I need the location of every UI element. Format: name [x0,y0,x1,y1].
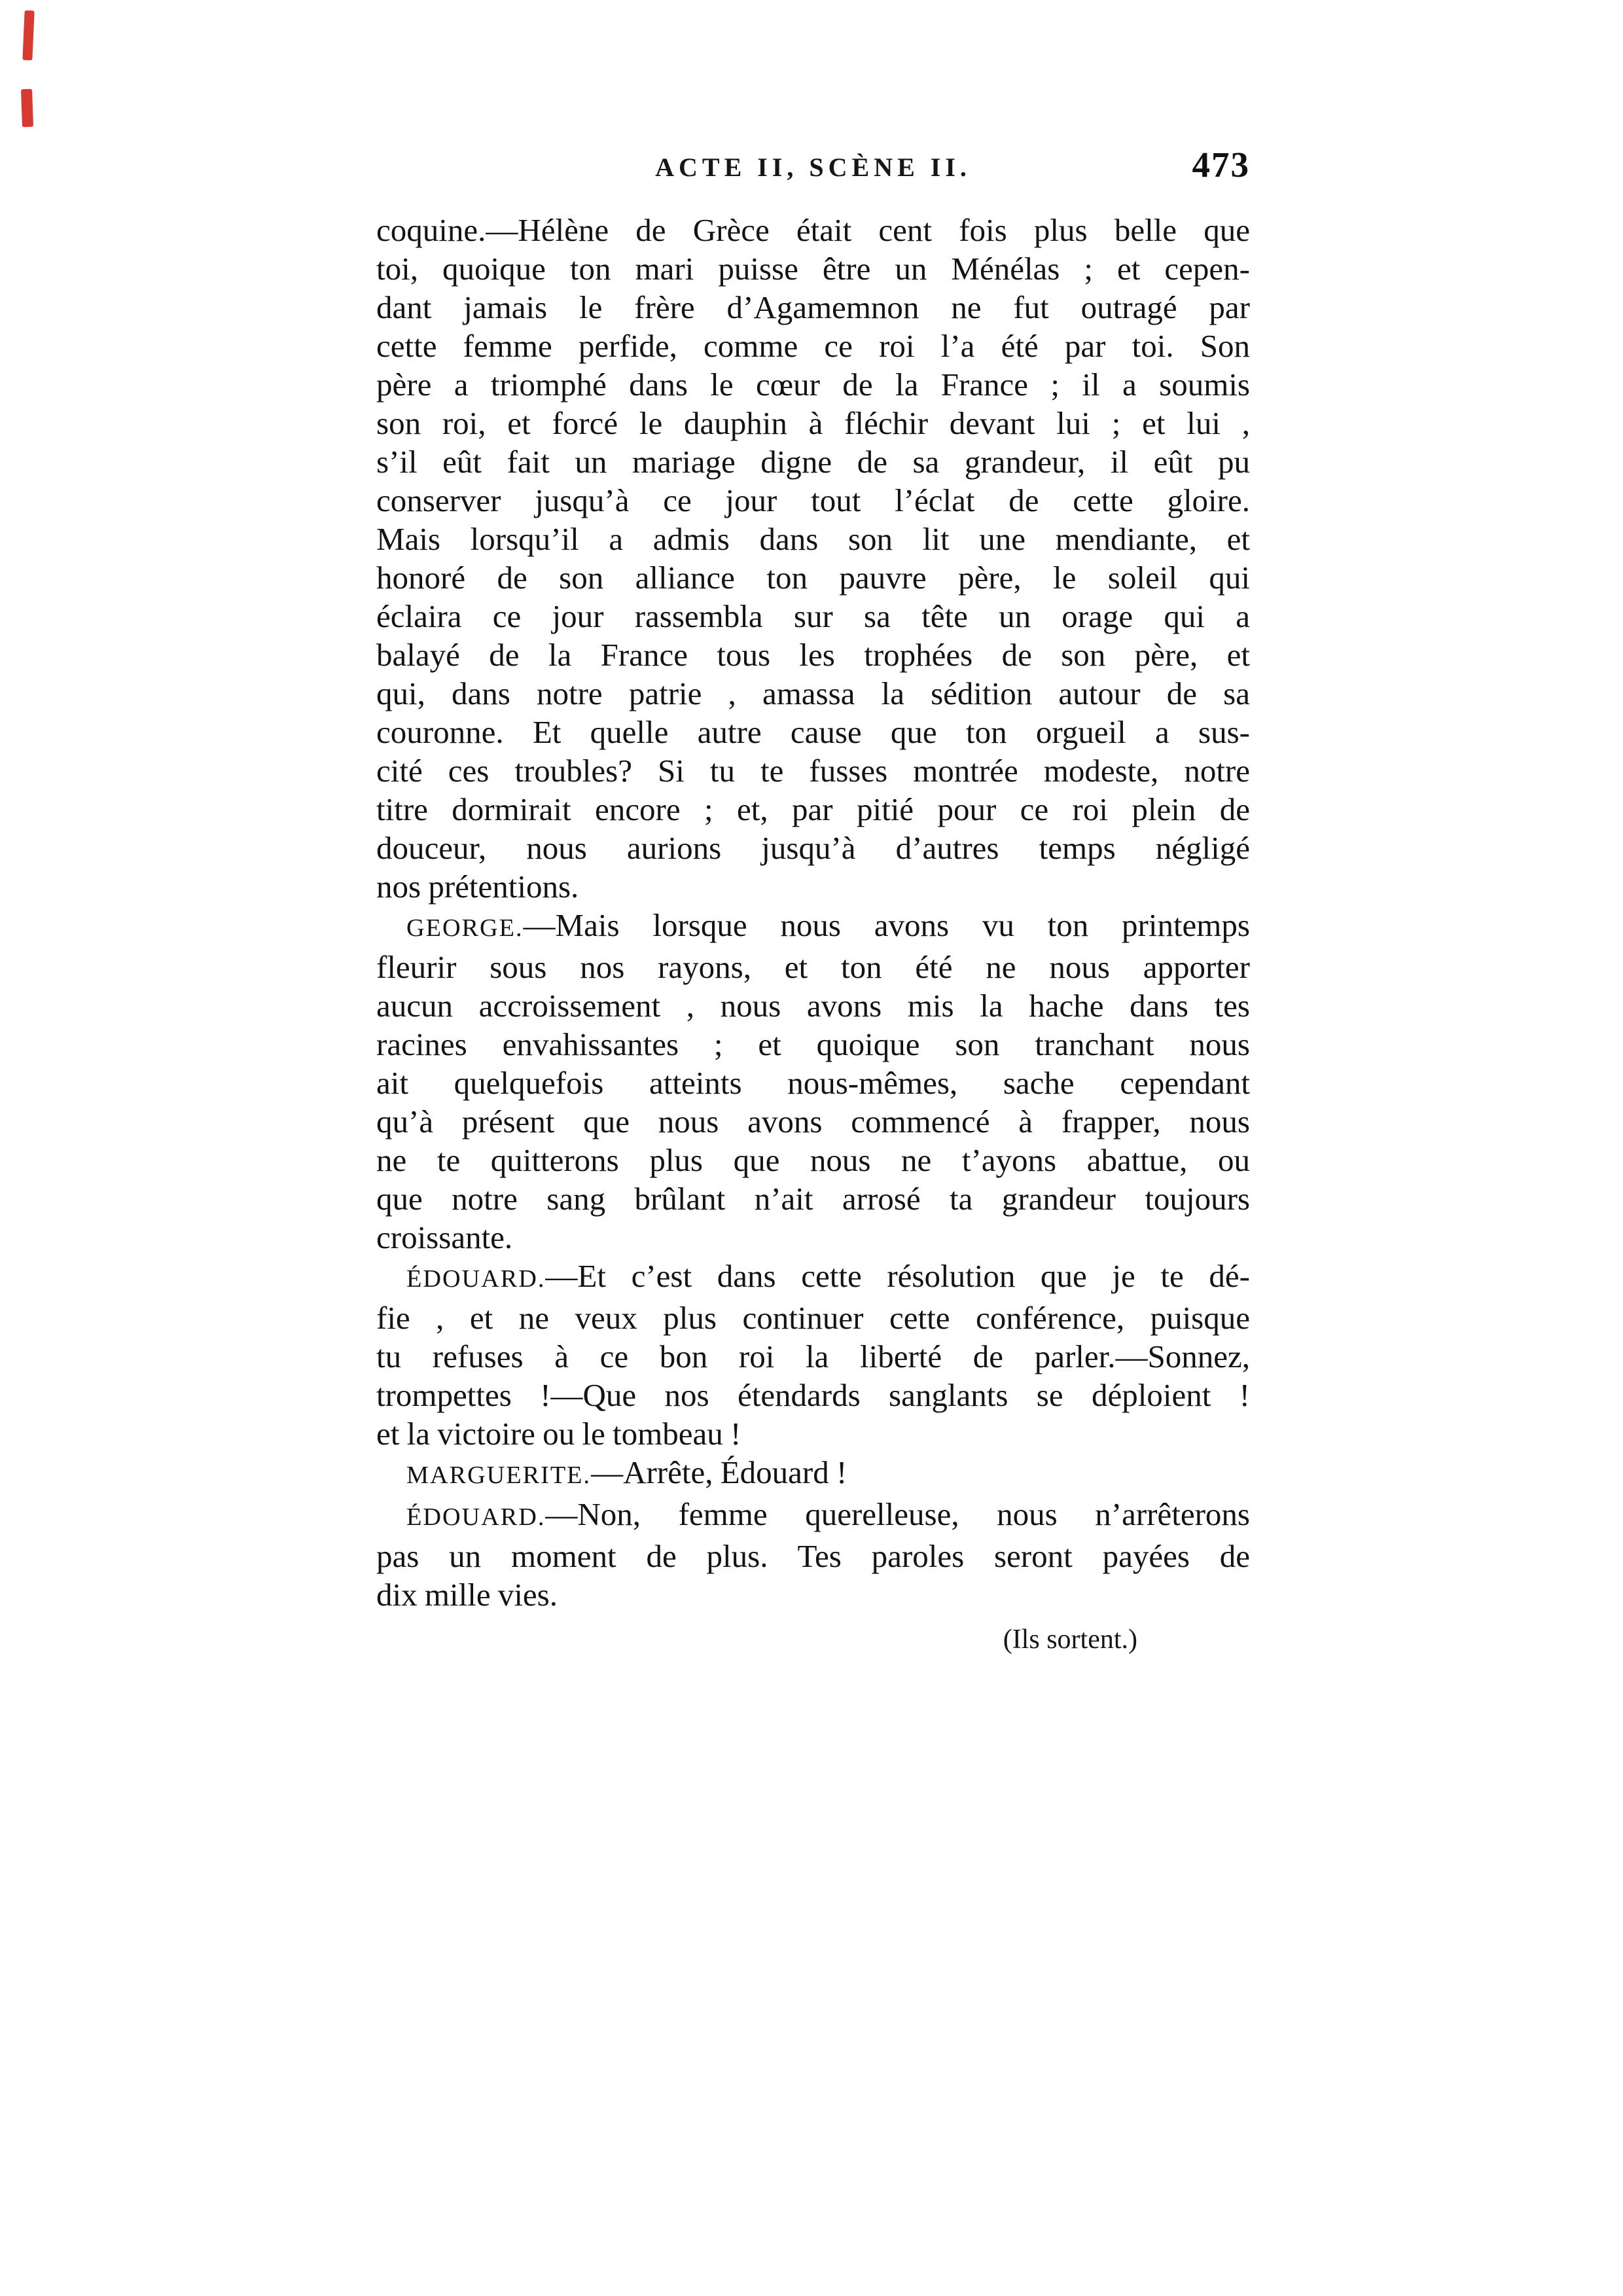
text-line: honoré de son alliance ton pauvre père, … [376,558,1250,597]
text-line: père a triomphé dans le cœur de la Franc… [376,365,1250,404]
text-line: qu’à présent que nous avons commencé à f… [376,1102,1250,1141]
text-line: Mais lorsqu’il a admis dans son lit une … [376,520,1250,558]
text-line: ait quelquefois atteints nous-mêmes, sac… [376,1064,1250,1102]
text-line: GEORGE.—Mais lorsque nous avons vu ton p… [376,906,1250,948]
text-line: pas un moment de plus. Tes paroles seron… [376,1537,1250,1575]
text-line: conserver jusqu’à ce jour tout l’éclat d… [376,481,1250,520]
text-line: dant jamais le frère d’Agamemnon ne fut … [376,288,1250,327]
paragraph: GEORGE.—Mais lorsque nous avons vu ton p… [376,906,1250,1257]
text-line: aucun accroissement , nous avons mis la … [376,986,1250,1025]
line-text: —Arrête, Édouard ! [591,1454,847,1490]
text-line: fie , et ne veux plus continuer cette co… [376,1299,1250,1337]
text-line: coquine.—Hélène de Grèce était cent fois… [376,211,1250,249]
text-line: qui, dans notre patrie , amassa la sédit… [376,674,1250,713]
line-text: —Mais lorsque nous avons vu ton printemp… [524,907,1250,943]
text-line: tu refuses à ce bon roi la liberté de pa… [376,1337,1250,1376]
text-line: trompettes !—Que nos étendards sanglants… [376,1376,1250,1414]
page-number: 473 [1192,144,1251,185]
speaker-name: MARGUERITE. [406,1462,591,1489]
red-ink-mark [22,10,34,61]
text-line: croissante. [376,1218,1250,1257]
paragraph: coquine.—Hélène de Grèce était cent fois… [376,211,1250,906]
text-line: ÉDOUARD.—Non, femme querelleuse, nous n’… [376,1495,1250,1537]
text-line: que notre sang brûlant n’ait arrosé ta g… [376,1179,1250,1218]
line-text: —Et c’est dans cette résolution que je t… [545,1258,1250,1294]
text-line: douceur, nous aurions jusqu’à d’autres t… [376,829,1250,867]
text-line: cité ces troubles? Si tu te fusses montr… [376,751,1250,790]
paragraph: ÉDOUARD.—Et c’est dans cette résolution … [376,1257,1250,1453]
text-line: racines envahissantes ; et quoique son t… [376,1025,1250,1064]
text-line: toi, quoique ton mari puisse être un Mén… [376,249,1250,288]
text-line: ÉDOUARD.—Et c’est dans cette résolution … [376,1257,1250,1299]
text-line: titre dormirait encore ; et, par pitié p… [376,790,1250,829]
speaker-name: ÉDOUARD. [406,1503,545,1531]
running-header-title: ACTE II, SCÈNE II. [376,147,1250,183]
page-header: ACTE II, SCÈNE II. 473 [376,147,1250,192]
text-line: fleurir sous nos rayons, et ton été ne n… [376,948,1250,986]
line-text: —Non, femme querelleuse, nous n’arrêtero… [545,1496,1250,1532]
text-line: et la victoire ou le tombeau ! [376,1414,1250,1453]
text-line: nos prétentions. [376,867,1250,906]
text-line: éclaira ce jour rassembla sur sa tête un… [376,597,1250,636]
text-line: cette femme perfide, comme ce roi l’a ét… [376,327,1250,365]
text-line: MARGUERITE.—Arrête, Édouard ! [376,1453,1250,1495]
text-line: couronne. Et quelle autre cause que ton … [376,713,1250,751]
speaker-name: ÉDOUARD. [406,1265,545,1293]
text-line: son roi, et forcé le dauphin à fléchir d… [376,404,1250,442]
stage-direction: (Ils sortent.) [376,1621,1250,1659]
paragraph: ÉDOUARD.—Non, femme querelleuse, nous n’… [376,1495,1250,1614]
red-ink-mark [21,89,33,128]
text-line: balayé de la France tous les trophées de… [376,636,1250,674]
text-line: dix mille vies. [376,1575,1250,1614]
book-page: ACTE II, SCÈNE II. 473 coquine.—Hélène d… [0,0,1623,2296]
text-line: s’il eût fait un mariage digne de sa gra… [376,442,1250,481]
paragraph: MARGUERITE.—Arrête, Édouard ! [376,1453,1250,1495]
speaker-name: GEORGE. [406,914,524,942]
text-line: ne te quitterons plus que nous ne t’ayon… [376,1141,1250,1179]
text-body: coquine.—Hélène de Grèce était cent fois… [376,211,1250,1659]
